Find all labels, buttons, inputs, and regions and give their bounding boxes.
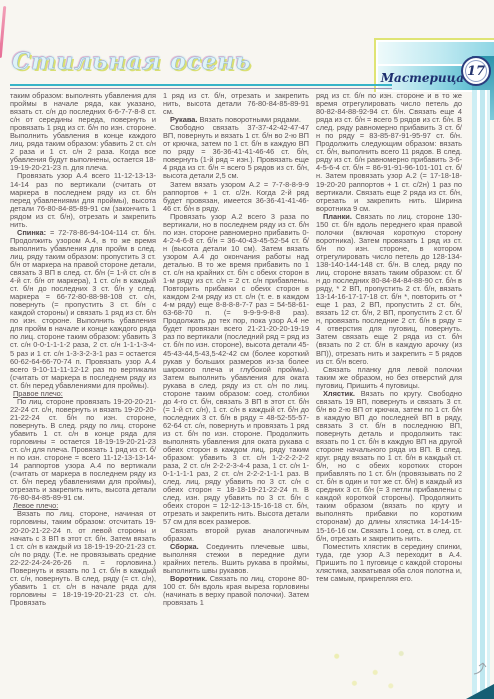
paragraph: По лиц. стороне провязать 19-20-20-21-22…: [10, 398, 156, 503]
page-curl-icon: [472, 661, 488, 677]
page-number-badge: 17: [461, 56, 491, 86]
paragraph-lead: Хлястик.: [323, 389, 361, 398]
paragraph: Затем вязать узором А.2 = 7-7-8-8-9-9 ра…: [163, 181, 309, 213]
paragraph: Поместить хлястик в середину спинки, туд…: [316, 543, 462, 583]
paragraph-lead: Планки.: [323, 212, 355, 221]
page-fold-corner: [466, 684, 494, 699]
paragraph: таким образом: выполнять убавления для п…: [10, 92, 156, 172]
right-decorative-bar: [472, 90, 490, 695]
speckle-decoration: [318, 640, 422, 694]
paragraph: Спинка: = 72-78-86-94-104-114 ст. б/н. П…: [10, 229, 156, 390]
paragraph: 1 ряд из ст. б/н, отрезать и закрепить н…: [163, 92, 309, 116]
page-number: 17: [467, 64, 485, 79]
text-column-3: ряд из ст. б/н по изн. стороне и в то же…: [316, 92, 462, 607]
paragraph: Провязать узор А.2 всего 3 раза по верти…: [163, 213, 309, 527]
brand-logo: Мастерица: [381, 71, 464, 85]
paragraph-lead: Воротник.: [170, 574, 210, 583]
paragraph: Провязать узор А.4 всего 11-12-13-13-14-…: [10, 172, 156, 228]
magazine-page: Мастерица 17 Стильная осень таким образо…: [0, 0, 494, 699]
paragraph-lead: Спинка:: [17, 228, 50, 237]
paragraph: Связать планку для левой полочки таким ж…: [316, 366, 462, 390]
masthead-rule-purple: [10, 88, 392, 89]
section-title: Стильная осень: [12, 48, 251, 75]
paragraph: Сборка. Соединить плечевые швы, выполняя…: [163, 543, 309, 575]
paragraph: Хлястик. Вязать по кругу. Свободно связа…: [316, 390, 462, 543]
paragraph: Вязать по лиц. стороне, начиная от горло…: [10, 510, 156, 607]
text-column-2: 1 ряд из ст. б/н, отрезать и закрепить н…: [163, 92, 309, 607]
paragraph: Свободно связать 37-37-42-42-47-47 ВП, п…: [163, 124, 309, 180]
masthead-rule-teal: [10, 84, 392, 86]
article-content: таким образом: выполнять убавления для п…: [10, 92, 462, 607]
paragraph: ряд из ст. б/н по изн. стороне и в то же…: [316, 92, 462, 213]
paragraph-lead: Сборка.: [170, 542, 206, 551]
text-column-1: таким образом: выполнять убавления для п…: [10, 92, 156, 607]
paragraph: Воротник. Связать по лиц. стороне 80-100…: [163, 575, 309, 607]
page-edge-accent: [0, 6, 6, 58]
paragraph: Связать второй рукав аналогичным образом…: [163, 527, 309, 543]
paragraph: Планки. Связать по лиц. стороне 130-150 …: [316, 213, 462, 366]
